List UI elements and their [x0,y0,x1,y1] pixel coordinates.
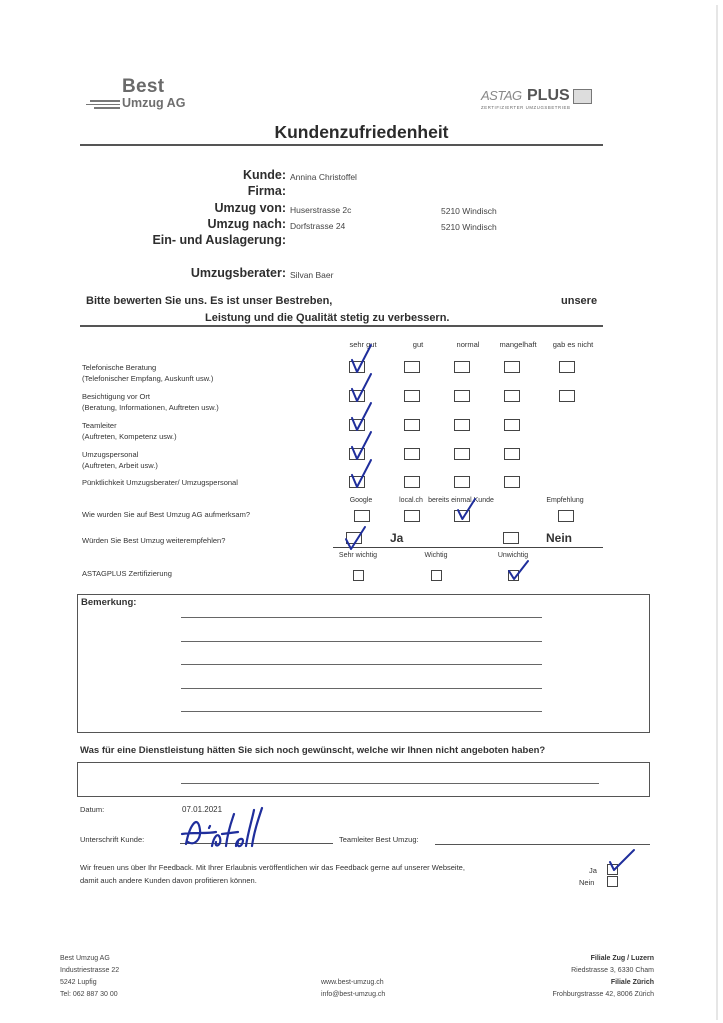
rating-checkbox-gut[interactable] [404,390,420,402]
firma-label: Firma: [86,184,286,198]
checkmark-icon [507,560,529,585]
remark-line [181,641,542,642]
footer-web-link[interactable]: www.best-umzug.ch [321,977,385,989]
source-checkbox[interactable] [354,510,370,522]
rating-checkbox-normal[interactable] [454,361,470,373]
rating-checkbox-mangelhaft[interactable] [504,361,520,373]
rating-checkbox-gut[interactable] [404,361,420,373]
publish-text-2: damit auch andere Kunden davon profitier… [80,876,257,885]
footer-branch2-address: Frohburgstrasse 42, 8006 Zürich [552,989,654,1001]
umzug-nach-city[interactable]: 5210 Windisch [441,222,497,232]
logo-text-umzug: Umzug AG [122,96,185,110]
kunde-value[interactable]: Annina Christoffel [290,172,357,182]
logo-tagline: ZERTIFIZIERTER UMZUGSBETRIEB [481,105,570,110]
astag-label: ASTAGPLUS Zertifizierung [82,569,172,578]
astag-option-label: Unwichtig [478,552,548,559]
page-title: Kundenzufriedenheit [0,122,723,143]
astag-option-label: Wichtig [401,552,471,559]
footer-city: 5242 Lupfig [60,977,119,989]
footer-street: Industriestrasse 22 [60,965,119,977]
astag-checkbox[interactable] [431,570,442,581]
umzug-nach-label: Umzug nach: [86,217,286,231]
customer-signature[interactable] [176,806,266,857]
recommend-yes-label: Ja [390,531,403,545]
intro-divider [80,325,603,327]
rating-checkbox-gab-es-nicht[interactable] [559,361,575,373]
source-checkbox[interactable] [558,510,574,522]
rating-checkbox-gut[interactable] [404,419,420,431]
footer-contact: www.best-umzug.ch info@best-umzug.ch [321,977,385,1001]
umzug-von-street[interactable]: Huserstrasse 2c [290,205,351,215]
armchair-icon [573,89,592,104]
rating-row-title: Teamleiter [82,420,117,431]
checkmark-icon [350,459,372,493]
footer-company: Best Umzug AG Industriestrasse 22 5242 L… [60,953,119,1001]
source-option-label: Empfehlung [530,497,600,504]
rating-checkbox-mangelhaft[interactable] [504,419,520,431]
publish-no-label: Nein [579,878,594,887]
umzug-von-label: Umzug von: [86,201,286,215]
rating-row-title: Telefonische Beratung [82,362,156,373]
recommend-no-checkbox[interactable] [503,532,519,544]
logo-text-plus: PLUS [527,87,570,105]
remark-line [181,664,542,665]
intro-text-3: Leistung und die Qualität stetig zu verb… [205,312,450,324]
rating-checkbox-mangelhaft[interactable] [504,476,520,488]
remark-line [181,688,542,689]
rating-row-subtitle: (Beratung, Informationen, Auftreten usw.… [82,402,219,413]
customer-signature-label: Unterschrift Kunde: [80,835,144,844]
checkmark-icon [344,526,366,555]
umzug-von-city[interactable]: 5210 Windisch [441,206,497,216]
rating-row-title: Umzugspersonal [82,449,138,460]
rating-row-title: Pünktlichkeit Umzugsberater/ Umzugsperso… [82,477,238,488]
rating-checkbox-normal[interactable] [454,448,470,460]
astag-checkbox[interactable] [353,570,364,581]
source-question: Wie wurden Sie auf Best Umzug AG aufmerk… [82,510,250,519]
rating-checkbox-mangelhaft[interactable] [504,390,520,402]
title-divider [80,144,603,146]
umzug-nach-street[interactable]: Dorfstrasse 24 [290,221,345,231]
logo-text-astag: ASTAG [481,88,522,103]
intro-text-1: Bitte bewerten Sie uns. Es ist unser Bes… [86,295,332,307]
intro-text-2: unsere [561,295,597,307]
speed-lines-icon [86,100,120,111]
rating-checkbox-normal[interactable] [454,419,470,431]
footer-phone: Tel: 062 887 30 00 [60,989,119,1001]
lagerung-label: Ein- und Auslagerung: [86,233,286,247]
checkmark-icon [456,498,476,525]
footer-branch1-address: Riedstrasse 3, 6330 Cham [552,965,654,977]
recommend-no-label: Nein [546,531,572,545]
teamleader-signature-label: Teamleiter Best Umzug: [339,835,419,844]
footer-branch2-name: Filiale Zürich [611,979,654,986]
rating-column-header: gab es nicht [538,340,608,349]
recommend-question: Würden Sie Best Umzug weiterempfehlen? [82,536,225,545]
date-label: Datum: [80,805,104,814]
publish-yes-checkmark-icon [606,846,636,881]
remark-label: Bemerkung: [81,597,136,608]
rating-row-subtitle: (Auftreten, Arbeit usw.) [82,460,158,471]
rating-checkbox-normal[interactable] [454,390,470,402]
publish-yes-label: Ja [589,866,597,875]
missing-service-question: Was für eine Dienstleistung hätten Sie s… [80,745,545,756]
logo-text-best: Best [122,76,164,98]
publish-text-1: Wir freuen uns über Ihr Feedback. Mit Ih… [80,863,465,872]
rating-checkbox-normal[interactable] [454,476,470,488]
rating-row-subtitle: (Telefonischer Empfang, Auskunft usw.) [82,373,213,384]
missing-service-box[interactable] [77,762,650,797]
kunde-label: Kunde: [86,168,286,182]
rating-row-subtitle: (Auftreten, Kompetenz usw.) [82,431,177,442]
source-checkbox[interactable] [404,510,420,522]
page-edge [716,5,718,1020]
missing-service-line [181,783,599,784]
footer-company-name: Best Umzug AG [60,953,119,965]
rating-checkbox-gut[interactable] [404,448,420,460]
astag-plus-logo: ASTAG PLUS ZERTIFIZIERTER UMZUGSBETRIEB [481,88,593,114]
rating-row-title: Besichtigung vor Ort [82,391,150,402]
berater-label: Umzugsberater: [86,266,286,280]
rating-checkbox-gut[interactable] [404,476,420,488]
footer-branch1-name: Filiale Zug / Luzern [591,955,654,962]
remark-line [181,617,542,618]
footer-branches: Filiale Zug / Luzern Riedstrasse 3, 6330… [552,953,654,1001]
footer-email-link[interactable]: info@best-umzug.ch [321,989,385,1001]
rating-checkbox-gab-es-nicht[interactable] [559,390,575,402]
best-umzug-logo: Best Umzug AG [84,76,204,116]
rating-checkbox-mangelhaft[interactable] [504,448,520,460]
teamleader-signature-line[interactable] [435,844,650,845]
recommend-divider [333,547,603,548]
berater-value[interactable]: Silvan Baer [290,270,333,280]
remark-line [181,711,542,712]
